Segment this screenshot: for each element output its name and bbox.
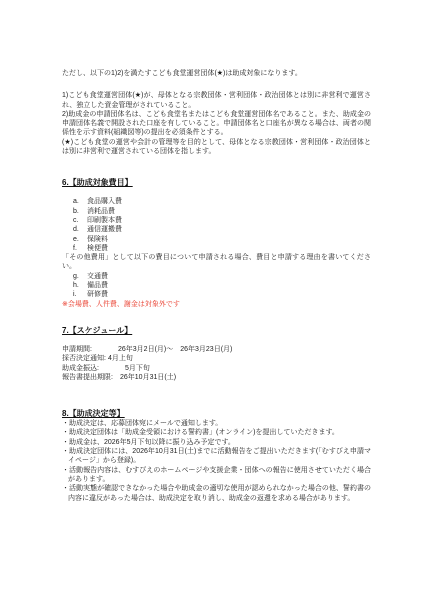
list-label: 消耗品費: [87, 207, 115, 216]
section6-heading: 6.【助成対象費目】: [62, 178, 371, 188]
bullet-transfer: ・助成金は、2026年5月下旬以降に振り込み予定です。: [62, 438, 371, 447]
section7-heading: 7.【スケジュール】: [62, 326, 371, 336]
list-label: 交通費: [87, 272, 108, 281]
list-letter: d.: [73, 225, 87, 234]
schedule-value: 5月下旬: [125, 364, 150, 373]
schedule-value: 26年10月31日(土): [120, 373, 176, 382]
schedule-row-grant-transfer: 助成金振込:5月下旬: [62, 364, 371, 373]
schedule-label: 申請期間:: [62, 345, 118, 354]
schedule-row-decision-notice: 採否決定通知:4月上旬: [62, 354, 371, 363]
schedule-value: 26年3月2日(月)〜 26年3月23日(月): [118, 345, 232, 354]
list-letter: c.: [73, 216, 87, 225]
list-item-g: g.交通費: [73, 272, 371, 281]
list-item-i: i.研修費: [73, 290, 371, 299]
other-expenses-note: 「その他費用」として以下の費目について申請される場合、費目と申請する理由を書いて…: [62, 253, 371, 272]
list-item-a: a.食品購入費: [73, 197, 371, 206]
exclusion-warning: ※会場費、人件費、謝金は対象外です: [62, 300, 371, 309]
list-label: 保険料: [87, 235, 108, 244]
list-label: 研修費: [87, 290, 108, 299]
list-item-b: b.消耗品費: [73, 207, 371, 216]
list-item-c: c.印刷製本費: [73, 216, 371, 225]
list-item-f: f.検便費: [73, 244, 371, 253]
grant-decision-notes: ・助成決定は、応募団体宛にメールで通知します。 ・助成決定団体は「助成金受領にお…: [62, 419, 371, 503]
bullet-revocation: ・活動実態が確認できなかった場合や助成金の適切な使用が認められなかった場合の他、…: [62, 484, 371, 503]
bullet-pledge: ・助成決定団体は「助成金受領における誓約書」(オンライン)を提出していただきます…: [62, 428, 371, 437]
conditions-block: 1)こども食堂運営団体(★)が、母体となる宗教団体・営利団体・政治団体とは別に非…: [62, 91, 371, 156]
list-letter: g.: [73, 272, 87, 281]
other-expense-list: g.交通費 h.備品費 i.研修費: [62, 272, 371, 300]
list-letter: a.: [73, 197, 87, 206]
list-item-h: h.備品費: [73, 281, 371, 290]
schedule-label: 助成金振込:: [62, 364, 125, 373]
list-label: 印刷製本費: [87, 216, 122, 225]
list-label: 食品購入費: [87, 197, 122, 206]
list-item-e: e.保険料: [73, 235, 371, 244]
condition-2: 2)助成金の申請団体名は、こども食堂名またはこども食堂運営団体名であること。また…: [62, 110, 371, 138]
list-label: 備品費: [87, 281, 108, 290]
schedule-label: 採否決定通知:: [62, 354, 108, 363]
bullet-notification: ・助成決定は、応募団体宛にメールで通知します。: [62, 419, 371, 428]
list-letter: e.: [73, 235, 87, 244]
schedule-row-application-period: 申請期間:26年3月2日(月)〜 26年3月23日(月): [62, 345, 371, 354]
intro-paragraph: ただし、以下の1)2)を満たすこども食堂運営団体(★)は助成対象になります。: [62, 69, 371, 78]
bullet-activity-report: ・助成決定団体には、2026年10月31日(土)までに活動報告をご提出いただきま…: [62, 447, 371, 466]
schedule-value: 4月上旬: [108, 354, 133, 363]
list-letter: i.: [73, 290, 87, 299]
schedule-table: 申請期間:26年3月2日(月)〜 26年3月23日(月) 採否決定通知:4月上旬…: [62, 345, 371, 382]
document-page: ただし、以下の1)2)を満たすこども食堂運営団体(★)は助成対象になります。 1…: [0, 0, 427, 604]
list-letter: h.: [73, 281, 87, 290]
list-item-d: d.通信運搬費: [73, 225, 371, 234]
list-label: 通信運搬費: [87, 225, 122, 234]
list-letter: b.: [73, 207, 87, 216]
bullet-report-usage: ・活動報告内容は、むすびえのホームページや支援企業・団体への報告に使用させていた…: [62, 466, 371, 485]
section8-heading: 8.【助成決定等】: [62, 409, 371, 419]
eligible-expense-list: a.食品購入費 b.消耗品費 c.印刷製本費 d.通信運搬費 e.保険料 f.検…: [62, 197, 371, 253]
schedule-label: 報告書提出期限:: [62, 373, 120, 382]
list-letter: f.: [73, 244, 87, 253]
condition-1: 1)こども食堂運営団体(★)が、母体となる宗教団体・営利団体・政治団体とは別に非…: [62, 91, 371, 110]
condition-star-note: (★)こども食堂の運営や会計の管理等を目的として、母体となる宗教団体・営利団体・…: [62, 138, 371, 157]
schedule-row-report-deadline: 報告書提出期限:26年10月31日(土): [62, 373, 371, 382]
document-body: ただし、以下の1)2)を満たすこども食堂運営団体(★)は助成対象になります。 1…: [0, 0, 427, 503]
list-label: 検便費: [87, 244, 108, 253]
